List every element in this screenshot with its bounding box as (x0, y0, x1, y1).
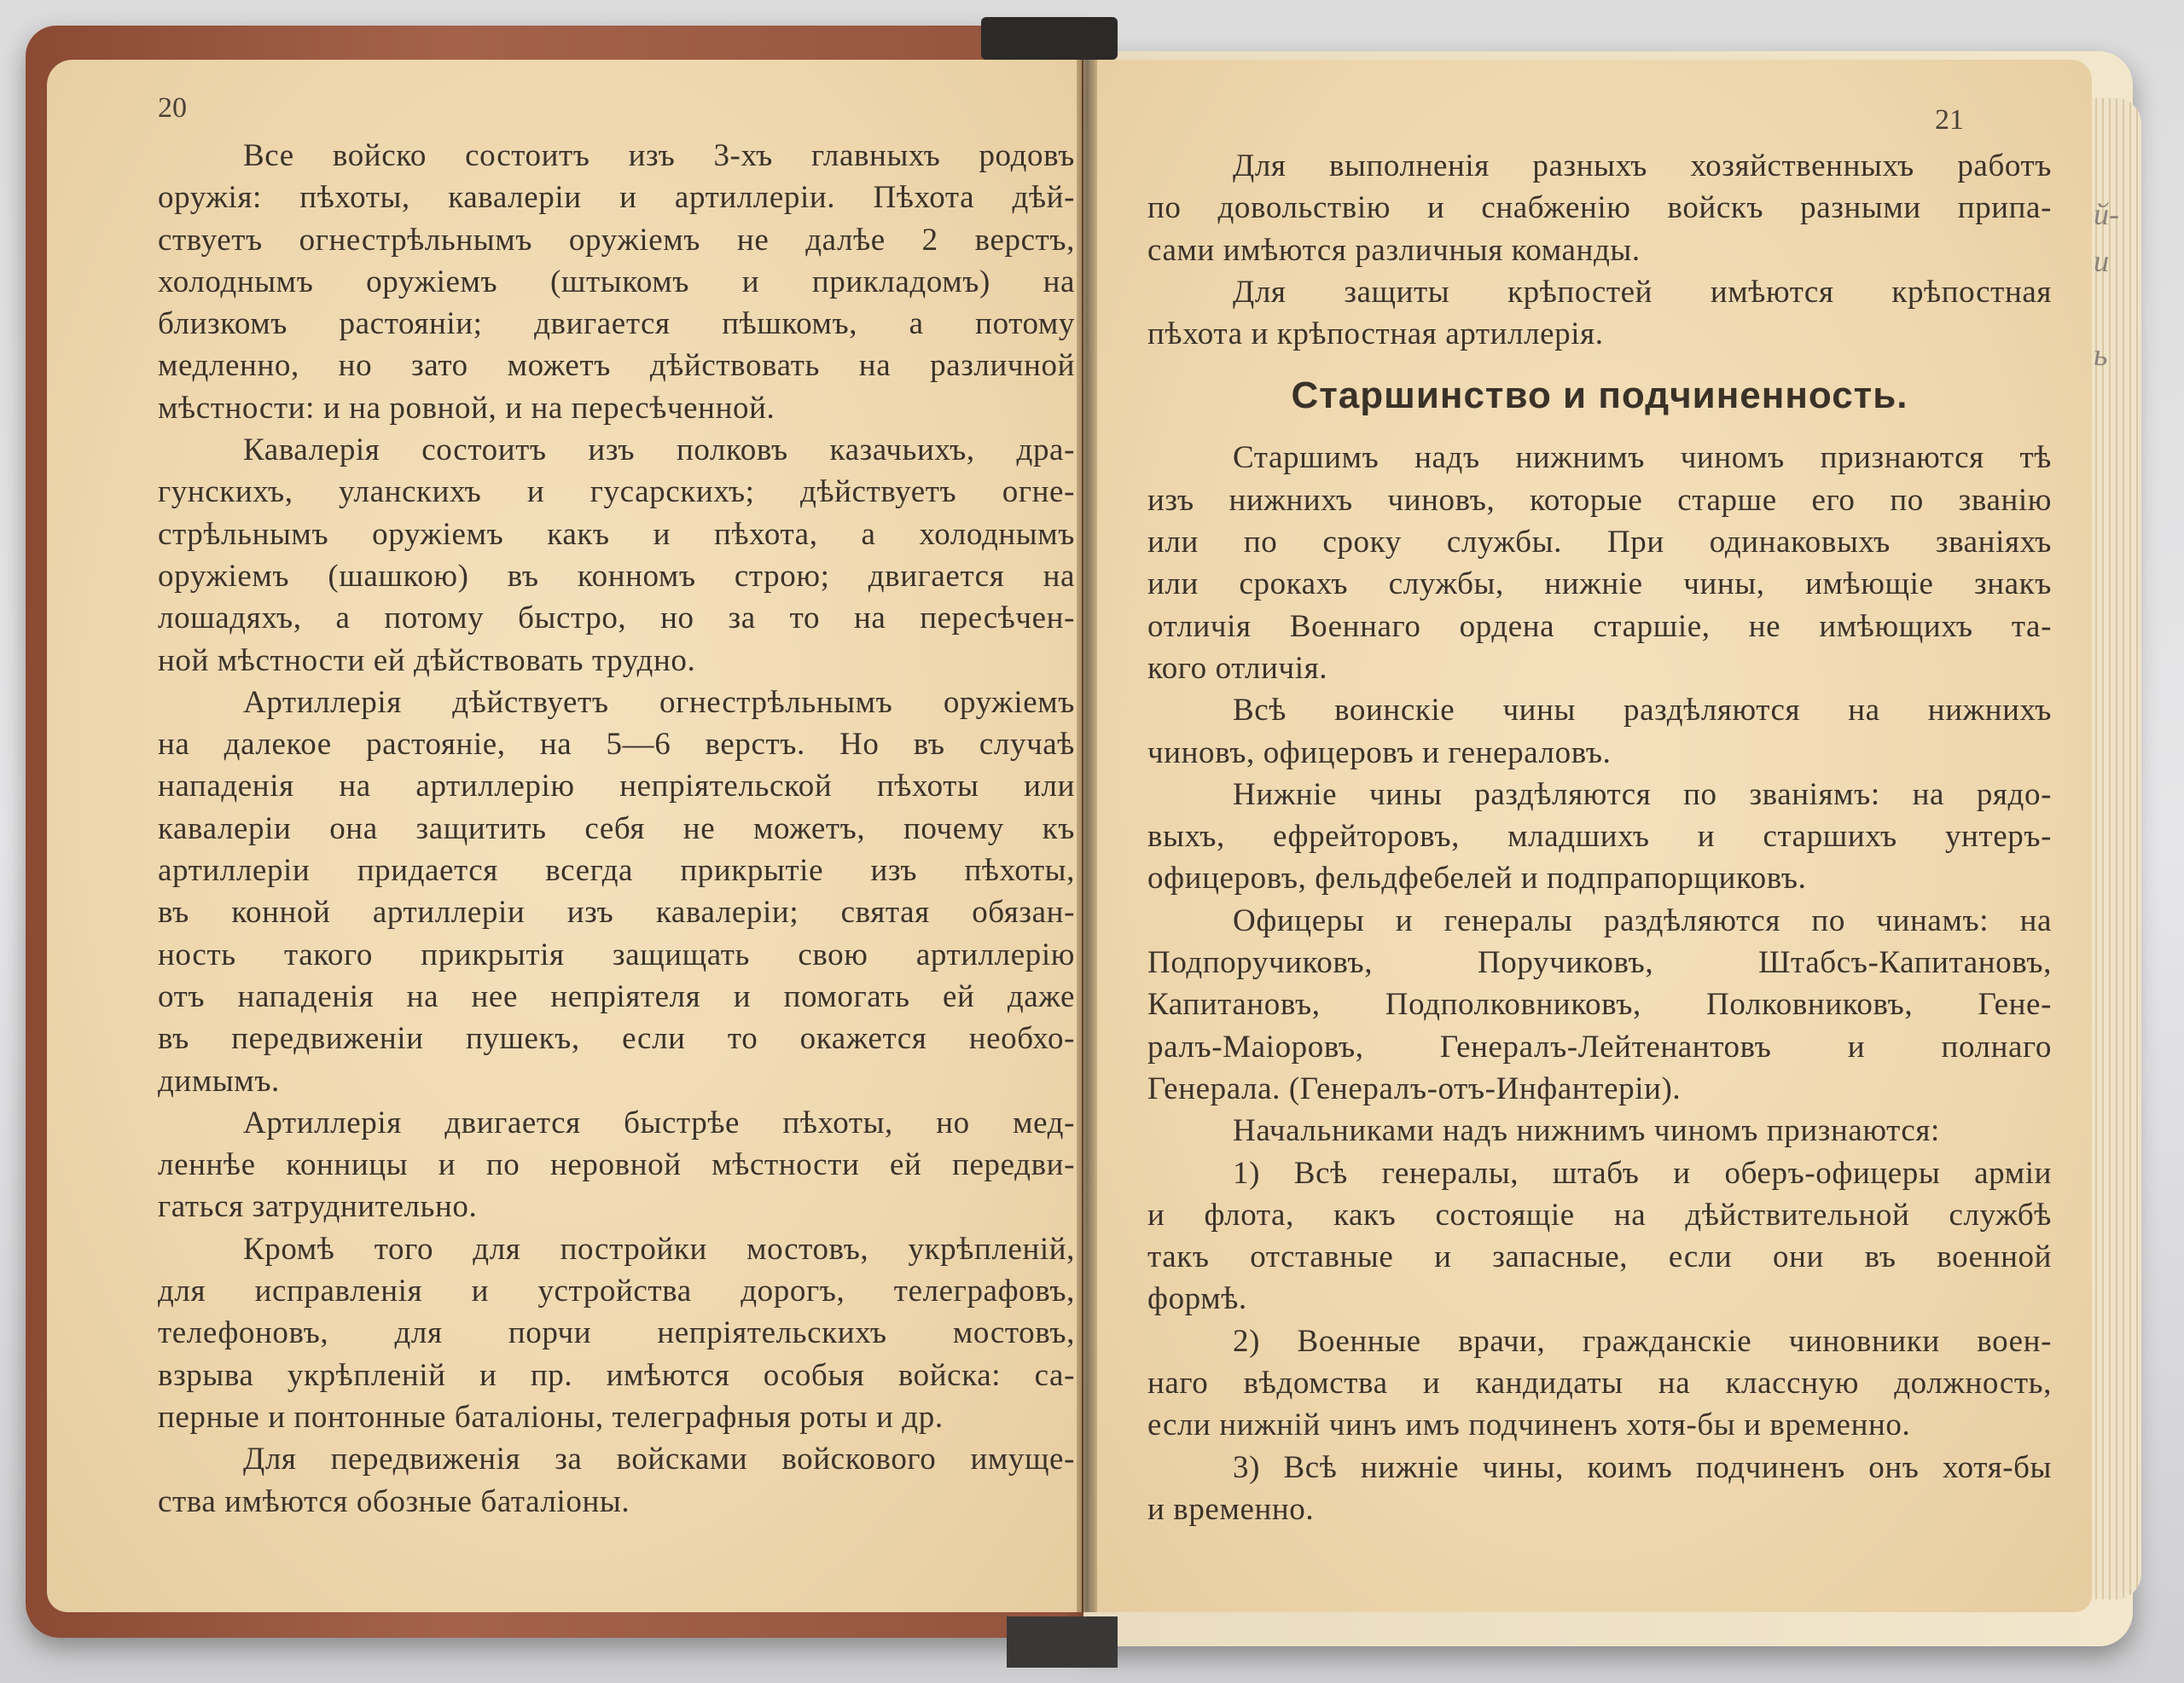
text-line: Начальниками надъ нижнимъ чиномъ признаю… (1147, 1110, 2052, 1152)
text-line: ралъ-Маіоровъ, Генералъ-Лейтенантовъ и п… (1147, 1026, 2052, 1068)
text-line: близкомъ растояніи; двигается пѣшкомъ, а… (158, 303, 1075, 345)
bleed-fragment: ь (2094, 337, 2107, 373)
spine-bottom (1007, 1616, 1118, 1668)
text-line: отличія Военнаго ордена старшіе, не имѣю… (1147, 606, 2052, 647)
text-line: Старшимъ надъ нижнимъ чиномъ признаются … (1147, 437, 2052, 479)
text-line: ства имѣются обозные баталіоны. (158, 1481, 1075, 1523)
page-number-left: 20 (158, 92, 187, 125)
text-line: изъ нижнихъ чиновъ, которые старше его п… (1147, 479, 2052, 521)
text-line: Артиллерія двигается быстрѣе пѣхоты, но … (158, 1102, 1075, 1144)
text-line: кавалеріи она защитить себя не можетъ, п… (158, 808, 1075, 850)
text-line: на далекое растояніе, на 5—6 верстъ. Но … (158, 723, 1075, 765)
text-line: въ передвиженіи пушекъ, если то окажется… (158, 1018, 1075, 1059)
text-line: такъ отставные и запасные, если они въ в… (1147, 1236, 2052, 1278)
spine-top (981, 17, 1118, 60)
text-line: Генерала. (Генералъ-отъ-Инфантеріи). (1147, 1068, 2052, 1110)
text-line: Все войско состоитъ изъ 3-хъ главныхъ ро… (158, 135, 1075, 177)
text-line: ной мѣстности ей дѣйствовать трудно. (158, 640, 1075, 682)
text-line: оружія: пѣхоты, кавалеріи и артиллеріи. … (158, 177, 1075, 218)
text-line: 3) Всѣ нижніе чины, коимъ подчиненъ онъ … (1147, 1447, 2052, 1489)
text-line: леннѣе конницы и по неровной мѣстности е… (158, 1144, 1075, 1186)
text-line: офицеровъ, фельдфебелей и подпрапорщиков… (1147, 857, 2052, 899)
text-line: гаться затруднительно. (158, 1186, 1075, 1227)
text-line: телефоновъ, для порчи непріятельскихъ мо… (158, 1312, 1075, 1354)
text-line: Офицеры и генералы раздѣляются по чинамъ… (1147, 900, 2052, 942)
text-line: Для защиты крѣпостей имѣются крѣпостная (1147, 271, 2052, 313)
text-line: стрѣльнымъ оружіемъ какъ и пѣхота, а хол… (158, 514, 1075, 555)
text-line: или срокахъ службы, нижніе чины, имѣющіе… (1147, 563, 2052, 605)
text-line: формѣ. (1147, 1278, 2052, 1320)
text-line: нападенія на артиллерію непріятельской п… (158, 765, 1075, 807)
bleed-fragment: и (2094, 243, 2109, 279)
text-line: 2) Военные врачи, гражданскіе чиновники … (1147, 1320, 2052, 1362)
text-line: оружіемъ (шашкою) въ конномъ строю; двиг… (158, 555, 1075, 597)
book-gutter (1077, 60, 1097, 1612)
text-line: гунскихъ, уланскихъ и гусарскихъ; дѣйств… (158, 471, 1075, 513)
text-line: или по сроку службы. При одинаковыхъ зва… (1147, 521, 2052, 563)
text-line: Подпоручиковъ, Поручиковъ, Штабсъ-Капита… (1147, 942, 2052, 984)
text-line: и флота, какъ состоящіе на дѣйствительно… (1147, 1194, 2052, 1236)
right-page-text: Для выполненія разныхъ хозяйственныхъ ра… (1147, 145, 2052, 1530)
text-line: Для передвиженія за войсками войскового … (158, 1438, 1075, 1480)
text-line: кого отличія. (1147, 647, 2052, 689)
text-line: для исправленія и устройства дорогъ, тел… (158, 1270, 1075, 1312)
bleed-fragment: й- (2094, 196, 2119, 232)
text-line: артиллеріи придается всегда прикрытіе из… (158, 850, 1075, 891)
section-heading: Старшинство и подчиненность. (1147, 355, 2052, 437)
text-line: если нижній чинъ имъ подчиненъ хотя-бы и… (1147, 1404, 2052, 1446)
text-line: Всѣ воинскіе чины раздѣляются на нижнихъ (1147, 689, 2052, 731)
open-book: й- и ь 20 Все войско состоитъ изъ 3-хъ г… (0, 0, 2184, 1683)
left-page: 20 Все войско состоитъ изъ 3-хъ главныхъ… (47, 60, 1082, 1612)
left-page-text: Все войско состоитъ изъ 3-хъ главныхъ ро… (158, 135, 1075, 1523)
text-line: взрыва укрѣпленій и пр. имѣются особыя в… (158, 1355, 1075, 1396)
text-line: сами имѣются различныя команды. (1147, 229, 2052, 271)
text-line: въ конной артиллеріи изъ кавалеріи; свят… (158, 891, 1075, 933)
text-line: димымъ. (158, 1060, 1075, 1102)
text-line: мѣстности: и на ровной, и на пересѣченно… (158, 387, 1075, 429)
text-line: холоднымъ оружіемъ (штыкомъ и прикладомъ… (158, 261, 1075, 303)
text-line: Нижніе чины раздѣляются по званіямъ: на … (1147, 774, 2052, 815)
text-line: Для выполненія разныхъ хозяйственныхъ ра… (1147, 145, 2052, 187)
text-line: медленно, но зато можетъ дѣйствовать на … (158, 345, 1075, 386)
text-line: лошадяхъ, а потому быстро, но за то на п… (158, 597, 1075, 639)
page-number-right: 21 (1935, 104, 1964, 136)
text-line: ность такого прикрытія защищать свою арт… (158, 934, 1075, 976)
text-line: по довольствію и снабженію войскъ разным… (1147, 187, 2052, 229)
page-edges: й- и ь (2090, 98, 2141, 1599)
right-page: 21 Для выполненія разныхъ хозяйственныхъ… (1092, 60, 2092, 1612)
text-line: 1) Всѣ генералы, штабъ и оберъ-офицеры а… (1147, 1152, 2052, 1194)
text-line: наго вѣдомства и кандидаты на классную д… (1147, 1362, 2052, 1404)
text-line: Кромѣ того для постройки мостовъ, укрѣпл… (158, 1228, 1075, 1270)
text-line: чиновъ, офицеровъ и генераловъ. (1147, 732, 2052, 774)
text-line: пѣхота и крѣпостная артиллерія. (1147, 313, 2052, 355)
text-line: перные и понтонные баталіоны, телеграфны… (158, 1396, 1075, 1438)
text-line: Артиллерія дѣйствуетъ огнестрѣльнымъ ору… (158, 682, 1075, 723)
text-line: выхъ, ефрейторовъ, младшихъ и старшихъ у… (1147, 815, 2052, 857)
text-line: Кавалерія состоитъ изъ полковъ казачьихъ… (158, 429, 1075, 471)
text-line: отъ нападенія на нее непріятеля и помога… (158, 976, 1075, 1018)
text-line: ствуетъ огнестрѣльнымъ оружіемъ не далѣе… (158, 219, 1075, 261)
text-line: Капитановъ, Подполковниковъ, Полковников… (1147, 984, 2052, 1025)
text-line: и временно. (1147, 1489, 2052, 1530)
